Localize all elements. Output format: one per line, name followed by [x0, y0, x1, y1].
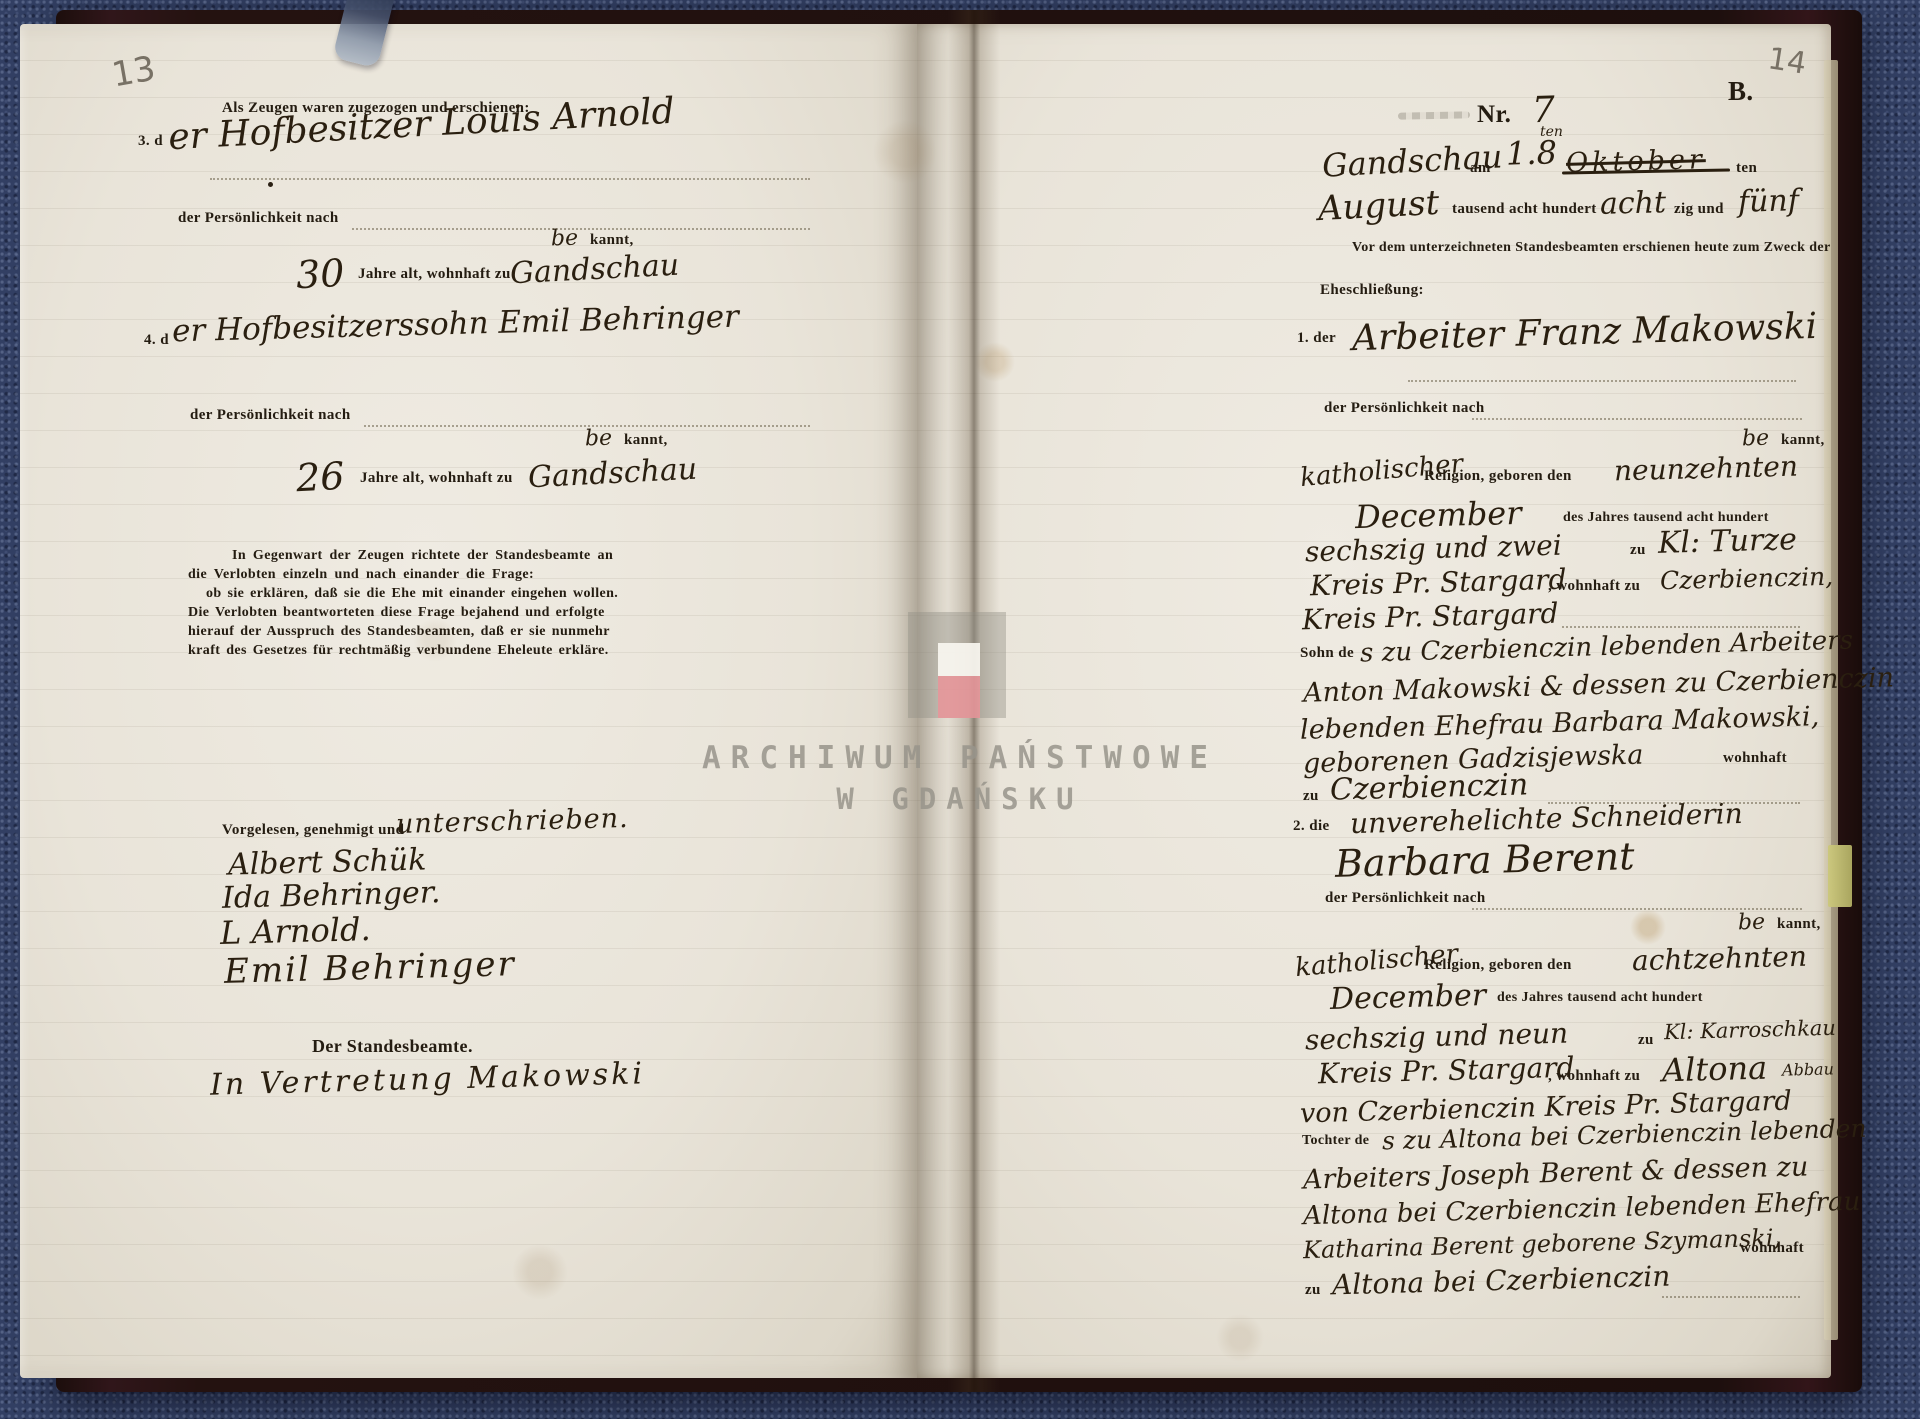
statement-line: kraft des Gesetzes für rechtmäßig verbun…	[188, 643, 609, 659]
left-page-number-pencil: 13	[109, 49, 159, 96]
bride-birth-year-handwriting: sechszig und neun	[1305, 1017, 1569, 1057]
witness3-age-handwriting: 30	[295, 251, 346, 297]
known-printed-bride: kannt,	[1777, 916, 1821, 933]
fill-line	[1472, 416, 1802, 420]
groom-birth-place-handwriting: Kl: Turze	[1658, 522, 1798, 561]
wohnhaft-zu-printed-bride: , wohnhaft zu	[1548, 1068, 1640, 1085]
thousand-printed: tausend acht hundert	[1452, 201, 1597, 218]
witness4-age-handwriting: 26	[295, 454, 346, 500]
groom-birth-year-handwriting: sechszig und zwei	[1305, 529, 1562, 569]
statement-line: die Verlobten einzeln und nach einander …	[188, 567, 534, 583]
fill-line	[210, 176, 810, 180]
daughter-of-printed: Tochter de	[1302, 1133, 1369, 1149]
known-hw-groom: be	[1742, 426, 1770, 452]
statement-line: In Gegenwart der Zeugen richtete der Sta…	[232, 548, 613, 564]
signature: L Arnold.	[220, 910, 372, 952]
age-text-w3: Jahre alt, wohnhaft zu	[358, 266, 511, 283]
year-units-handwriting: fünf	[1738, 183, 1800, 220]
witness3-prefix: 3. d	[138, 133, 163, 150]
right-page-number-pencil: 14	[1765, 41, 1808, 82]
known-printed-groom: kannt,	[1781, 432, 1825, 449]
groom-kreis-handwriting: Kreis Pr. Stargard	[1310, 563, 1567, 603]
record-month-handwriting: August	[1317, 183, 1440, 229]
ink-dot	[268, 182, 273, 187]
bride-birth-place-handwriting: Kl: Karroschkau	[1664, 1016, 1836, 1044]
zu-printed-bride: zu	[1638, 1032, 1654, 1049]
statement-line: hierauf der Ausspruch des Standesbeamten…	[188, 624, 610, 640]
known-printed-w3: kannt,	[590, 232, 634, 249]
wohnhaft-printed-bride: wohnhaft	[1740, 1240, 1804, 1257]
closing-printed: Vorgelesen, genehmigt und	[222, 822, 404, 839]
bride-birth-day-handwriting: achtzehnten	[1632, 940, 1808, 978]
closing-handwriting: unterschrieben.	[396, 803, 629, 840]
wohnhaft-zu-printed-groom: , wohnhaft zu	[1548, 578, 1640, 595]
wohnhaft-printed-groom: wohnhaft	[1723, 750, 1787, 767]
zu-printed-groom: zu	[1630, 542, 1646, 559]
ten-printed: ten	[1736, 160, 1757, 177]
bride-kreis-handwriting: Kreis Pr. Stargard	[1318, 1051, 1575, 1091]
identity-label-w3: der Persönlichkeit nach	[178, 210, 339, 227]
record-number-label: Nr.	[1477, 101, 1511, 129]
book-gutter-shadow	[948, 10, 1000, 1392]
zu-printed-bride-res: zu	[1305, 1282, 1321, 1299]
groom-birth-day-handwriting: neunzehnten	[1614, 450, 1799, 488]
am-printed: am	[1470, 160, 1491, 177]
statement-line: Die Verlobten beantworteten diese Frage …	[188, 605, 605, 621]
identity-label-w4: der Persönlichkeit nach	[190, 407, 351, 424]
intro-line2: Eheschließung:	[1320, 282, 1424, 299]
fill-line	[352, 226, 810, 230]
record-day-suffix-handwriting: ten	[1540, 124, 1563, 140]
scanned-register-photo: 13 Als Zeugen waren zugezogen und erschi…	[0, 0, 1920, 1419]
identity-label-bride: der Persönlichkeit nach	[1325, 890, 1486, 907]
bride-residence-suffix-handwriting: Abbau	[1782, 1059, 1834, 1079]
signature: Emil Behringer	[224, 944, 517, 992]
statement-line: ob sie erklären, daß sie die Ehe mit ein…	[206, 586, 618, 602]
son-of-printed: Sohn de	[1300, 645, 1354, 662]
identity-label-groom: der Persönlichkeit nach	[1324, 400, 1485, 417]
intro-line1: Vor dem unterzeichneten Standesbeamten e…	[1352, 240, 1831, 256]
registrar-label: Der Standesbeamte.	[312, 1036, 473, 1057]
bride-name-handwriting: Barbara Berent	[1334, 834, 1634, 886]
religion-printed-groom: Religion, geboren den	[1424, 468, 1572, 485]
witness4-prefix: 4. d	[144, 332, 169, 349]
zig-und-printed: zig und	[1674, 201, 1724, 218]
groom-residence-handwriting: Czerbienczin,	[1660, 562, 1834, 596]
known-hw-w4: be	[585, 426, 613, 452]
year-printed-bride: des Jahres tausend acht hundert	[1497, 990, 1703, 1006]
section-letter: B.	[1728, 76, 1754, 107]
fill-line	[1408, 378, 1796, 382]
known-hw-w3: be	[551, 226, 579, 252]
known-hw-bride: be	[1738, 910, 1766, 936]
groom-kreis2-handwriting: Kreis Pr. Stargard	[1302, 597, 1559, 637]
religion-printed-bride: Religion, geboren den	[1424, 957, 1572, 974]
known-printed-w4: kannt,	[624, 432, 668, 449]
erased-pencil-mark	[1398, 111, 1470, 119]
year-tens-handwriting: acht	[1600, 185, 1667, 222]
page-edge-tab	[1828, 845, 1852, 907]
bride-residence-handwriting: Altona	[1662, 1049, 1768, 1090]
age-text-w4: Jahre alt, wohnhaft zu	[360, 470, 513, 487]
bride-prefix: 2. die	[1293, 818, 1330, 835]
zu-printed-son: zu	[1303, 788, 1319, 805]
parents-residence-handwriting: Czerbienczin	[1330, 767, 1529, 807]
fill-line	[1662, 1294, 1800, 1298]
signature: Ida Behringer.	[222, 875, 441, 916]
groom-prefix: 1. der	[1297, 330, 1336, 347]
bride-birth-month-handwriting: December	[1330, 978, 1487, 1017]
